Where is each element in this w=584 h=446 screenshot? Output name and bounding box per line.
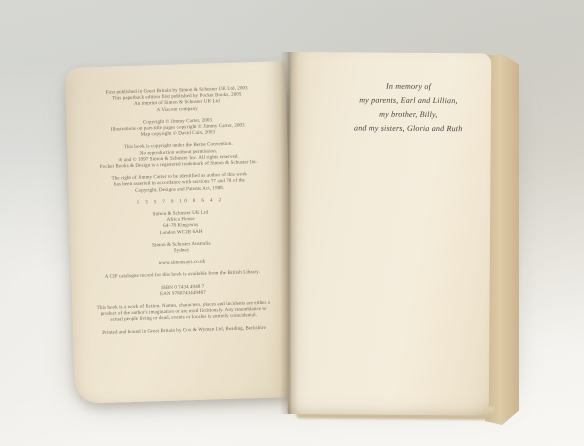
- dedication-line: In memory of: [326, 79, 491, 94]
- right-page: In memory of my parents, Earl and Lillia…: [288, 52, 492, 415]
- text-line: Printed and bound in Great Britain by Co…: [83, 325, 285, 338]
- text-line: 1 3 5 7 9 10 8 6 4 2: [79, 196, 281, 209]
- copyright-text: First published in Great Britain by Simo…: [76, 85, 286, 343]
- dedication-line: my brother, Billy,: [326, 107, 491, 122]
- dedication-text: In memory of my parents, Earl and Lillia…: [290, 79, 491, 136]
- publication-block: First published in Great Britain by Simo…: [76, 85, 279, 116]
- publisher-address-block: Simon & Schuster UK Ltd Africa House 64–…: [79, 208, 282, 239]
- printing-number-line: 1 3 5 7 9 10 8 6 4 2: [79, 196, 281, 209]
- book-photo: First published in Great Britain by Simo…: [0, 0, 584, 446]
- printer-line: Printed and bound in Great Britain by Co…: [83, 325, 285, 338]
- book-gutter: [280, 52, 298, 414]
- text-line: A CIP catalogue record for this book is …: [81, 270, 283, 283]
- fiction-disclaimer-block: This book is a work of fiction. Names, c…: [82, 300, 284, 325]
- rights-block: This book is copyright under the Berne C…: [77, 141, 280, 172]
- dedication-line: and my sisters, Gloria and Ruth: [326, 121, 491, 136]
- author-right-block: The right of Jimmy Carter to be identifi…: [78, 172, 280, 197]
- website-line: www.simonsays.co.uk: [81, 258, 283, 271]
- isbn-block: ISBN 0 7434 4948 7 EAN 9780743449487: [82, 282, 284, 301]
- text-line: www.simonsays.co.uk: [81, 258, 283, 271]
- left-page: First published in Great Britain by Simo…: [65, 61, 295, 404]
- publisher-australia-block: Simon & Schuster Australia Sydney: [80, 239, 282, 258]
- copyright-block: Copyright © Jimmy Carter, 2003 Illustrat…: [77, 116, 279, 141]
- cip-line: A CIP catalogue record for this book is …: [81, 270, 283, 283]
- dedication-line: my parents, Earl and Lillian,: [326, 93, 491, 108]
